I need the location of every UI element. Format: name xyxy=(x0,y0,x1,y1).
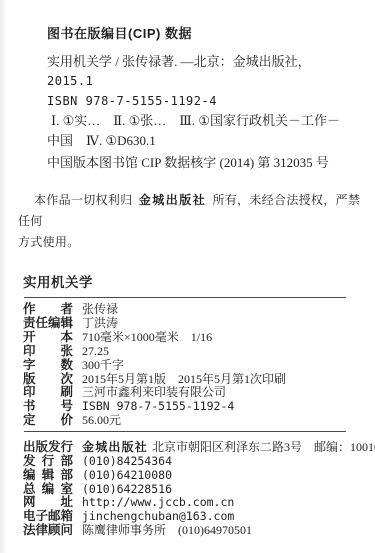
colophon-row-value: 丁洪涛 xyxy=(82,316,118,330)
publisher-info-row-label: 发行部 xyxy=(23,455,73,469)
book-title: 实用机关学 xyxy=(23,276,359,290)
cip-classification-line-2: 中国 Ⅳ. ①D630.1 xyxy=(47,131,361,151)
publisher-info-row: 出版发行金城出版社北京市朝阳区利泽东二路3号 邮编：100102 xyxy=(23,441,359,455)
colophon-row: 印张27.25 xyxy=(23,345,359,359)
publisher-info-section: 出版发行金城出版社北京市朝阳区利泽东二路3号 邮编：100102 发行部(010… xyxy=(23,441,359,538)
colophon-row-label: 字数 xyxy=(23,359,73,373)
colophon-row: 作者张传禄 xyxy=(23,303,359,317)
colophon-row-label: 作者 xyxy=(23,303,73,317)
colophon-row-value: 710毫米×1000毫米 1/16 xyxy=(82,330,212,344)
cip-classification-line-1: Ⅰ. ①实… Ⅱ. ①张… Ⅲ. ①国家行政机关－工作－ xyxy=(47,111,361,131)
book-copyright-page: 图书在版编目(CIP) 数据 实用机关学 / 张传禄著. —北京：金城出版社， … xyxy=(0,0,375,553)
colophon-row: 书号ISBN 978-7-5155-1192-4 xyxy=(23,400,359,414)
colophon-row-value: 300千字 xyxy=(82,358,124,372)
colophon-section: 实用机关学 作者张传禄 责任编辑丁洪涛 开本710毫米×1000毫米 1/16 … xyxy=(23,276,359,538)
cip-section: 图书在版编目(CIP) 数据 实用机关学 / 张传禄著. —北京：金城出版社， … xyxy=(47,26,361,173)
publisher-info-row-label: 电子邮箱 xyxy=(23,510,73,524)
rights-notice-text: 本作品一切权利归 金城出版社 所有，未经合法授权，严禁任何方式使用。 xyxy=(18,190,365,253)
colophon-row-label: 责任编辑 xyxy=(23,317,73,331)
colophon-row-value: 2015年5月第1版 2015年5月第1次印刷 xyxy=(82,372,286,386)
publisher-website: http://www.jccb.com.cn xyxy=(82,495,234,509)
cip-isbn-line: ISBN 978-7-5155-1192-4 xyxy=(47,92,361,112)
colophon-row-value: 56.00元 xyxy=(82,413,121,427)
notice-prefix: 本作品一切权利归 xyxy=(34,193,136,207)
rights-notice: 本作品一切权利归 金城出版社 所有，未经合法授权，严禁任何方式使用。 xyxy=(18,190,365,253)
colophon-row-value: 张传禄 xyxy=(82,302,118,316)
publisher-name-bold: 金城出版社 xyxy=(82,440,148,454)
publisher-info-row: 电子邮箱jinchengchuban@163.com xyxy=(23,510,359,524)
publisher-address: 北京市朝阳区利泽东二路3号 邮编：100102 xyxy=(152,440,375,454)
notice-line2: 方式使用。 xyxy=(18,235,80,249)
publisher-info-row-value: (010)64210080 xyxy=(82,468,172,482)
cip-title-line: 实用机关学 / 张传禄著. —北京：金城出版社， xyxy=(47,52,361,72)
cip-header: 图书在版编目(CIP) 数据 xyxy=(47,26,361,41)
publisher-info-row-label: 法律顾问 xyxy=(23,524,73,538)
colophon-row: 责任编辑丁洪涛 xyxy=(23,317,359,331)
cip-year-line: 2015.1 xyxy=(47,72,361,92)
publisher-info-row-value: (010)84254364 xyxy=(82,454,172,468)
publisher-info-row-value: 金城出版社北京市朝阳区利泽东二路3号 邮编：100102 xyxy=(82,440,375,454)
colophon-row-label: 印张 xyxy=(23,345,73,359)
publisher-info-row: 编辑部(010)64210080 xyxy=(23,469,359,483)
colophon-row-value: ISBN 978-7-5155-1192-4 xyxy=(82,399,234,413)
publisher-info-row-label: 出版发行 xyxy=(23,441,73,455)
publisher-info-row-label: 编辑部 xyxy=(23,469,73,483)
colophon-row-value: 三河市鑫利来印装有限公司 xyxy=(82,385,226,399)
publisher-info-row-value: (010)64228516 xyxy=(82,482,172,496)
colophon-row-label: 开本 xyxy=(23,331,73,345)
publisher-info-row-value: 陈鹰律师事务所 (010)64970501 xyxy=(82,523,252,537)
colophon-row: 开本710毫米×1000毫米 1/16 xyxy=(23,331,359,345)
publisher-info-row: 法律顾问陈鹰律师事务所 (010)64970501 xyxy=(23,524,359,538)
colophon-row-label: 定价 xyxy=(23,414,73,428)
cip-record-line: 中国版本图书馆 CIP 数据核字 (2014) 第 312035 号 xyxy=(47,153,361,173)
colophon-row: 字数300千字 xyxy=(23,359,359,373)
publisher-email: jinchengchuban@163.com xyxy=(82,509,234,523)
colophon-row-value: 27.25 xyxy=(82,344,109,358)
divider-rule-top xyxy=(24,297,346,298)
divider-rule-bottom xyxy=(24,431,346,432)
publisher-name-bold: 金城出版社 xyxy=(136,193,210,207)
publisher-info-row: 发行部(010)84254364 xyxy=(23,455,359,469)
colophon-row: 定价56.00元 xyxy=(23,414,359,428)
